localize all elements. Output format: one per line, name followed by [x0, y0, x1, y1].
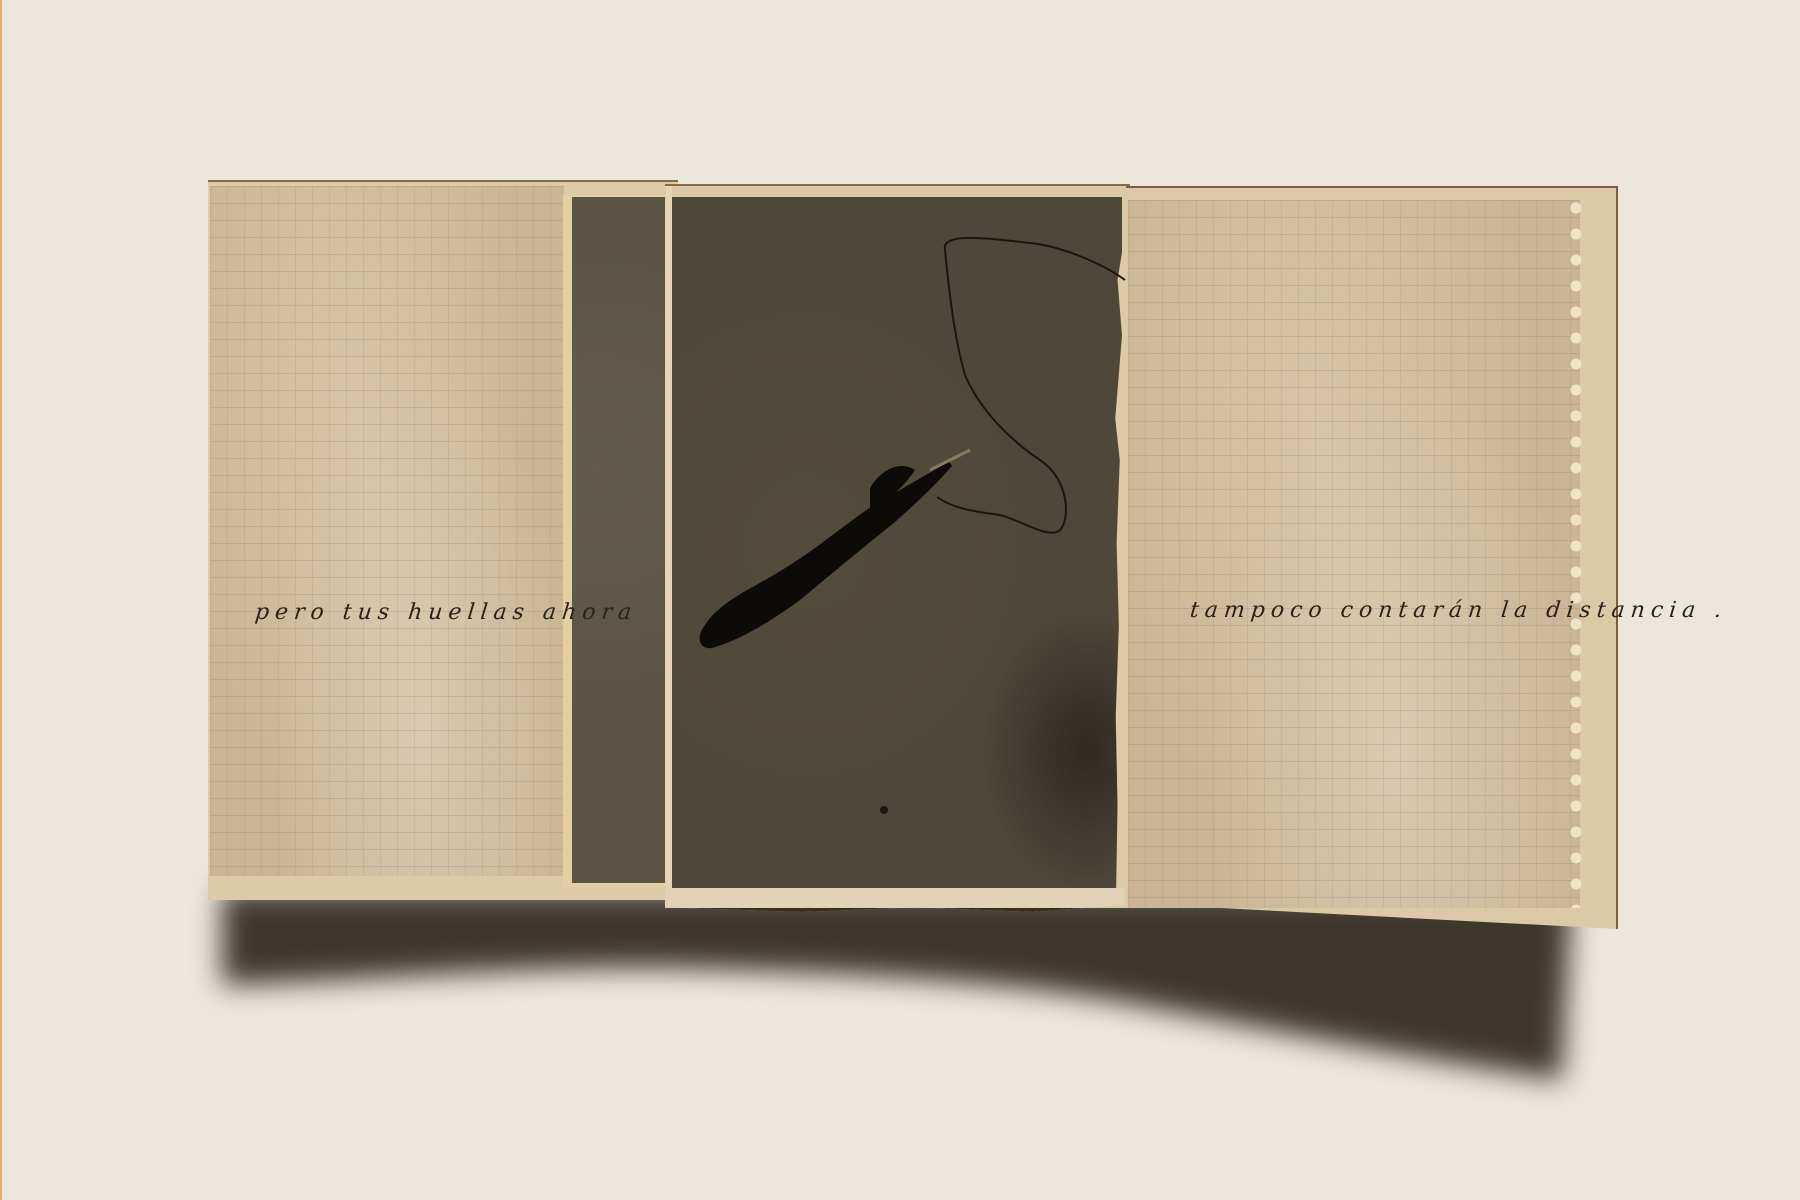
photo-strip: [572, 197, 665, 883]
ink-dot: [880, 806, 888, 814]
photogram: [672, 197, 1122, 889]
right-page: [1128, 200, 1580, 908]
perforated-edge: [1568, 200, 1590, 908]
handwriting-right: tampoco contarán la distancia .: [1189, 598, 1729, 623]
left-page: [210, 186, 564, 876]
open-book: pero tus huellas ahora tampoco contarán …: [0, 0, 1800, 1200]
torn-bottom-edge: [665, 888, 1125, 912]
handwriting-left: pero tus huellas ahora: [254, 600, 639, 625]
page-separator: [666, 186, 672, 900]
